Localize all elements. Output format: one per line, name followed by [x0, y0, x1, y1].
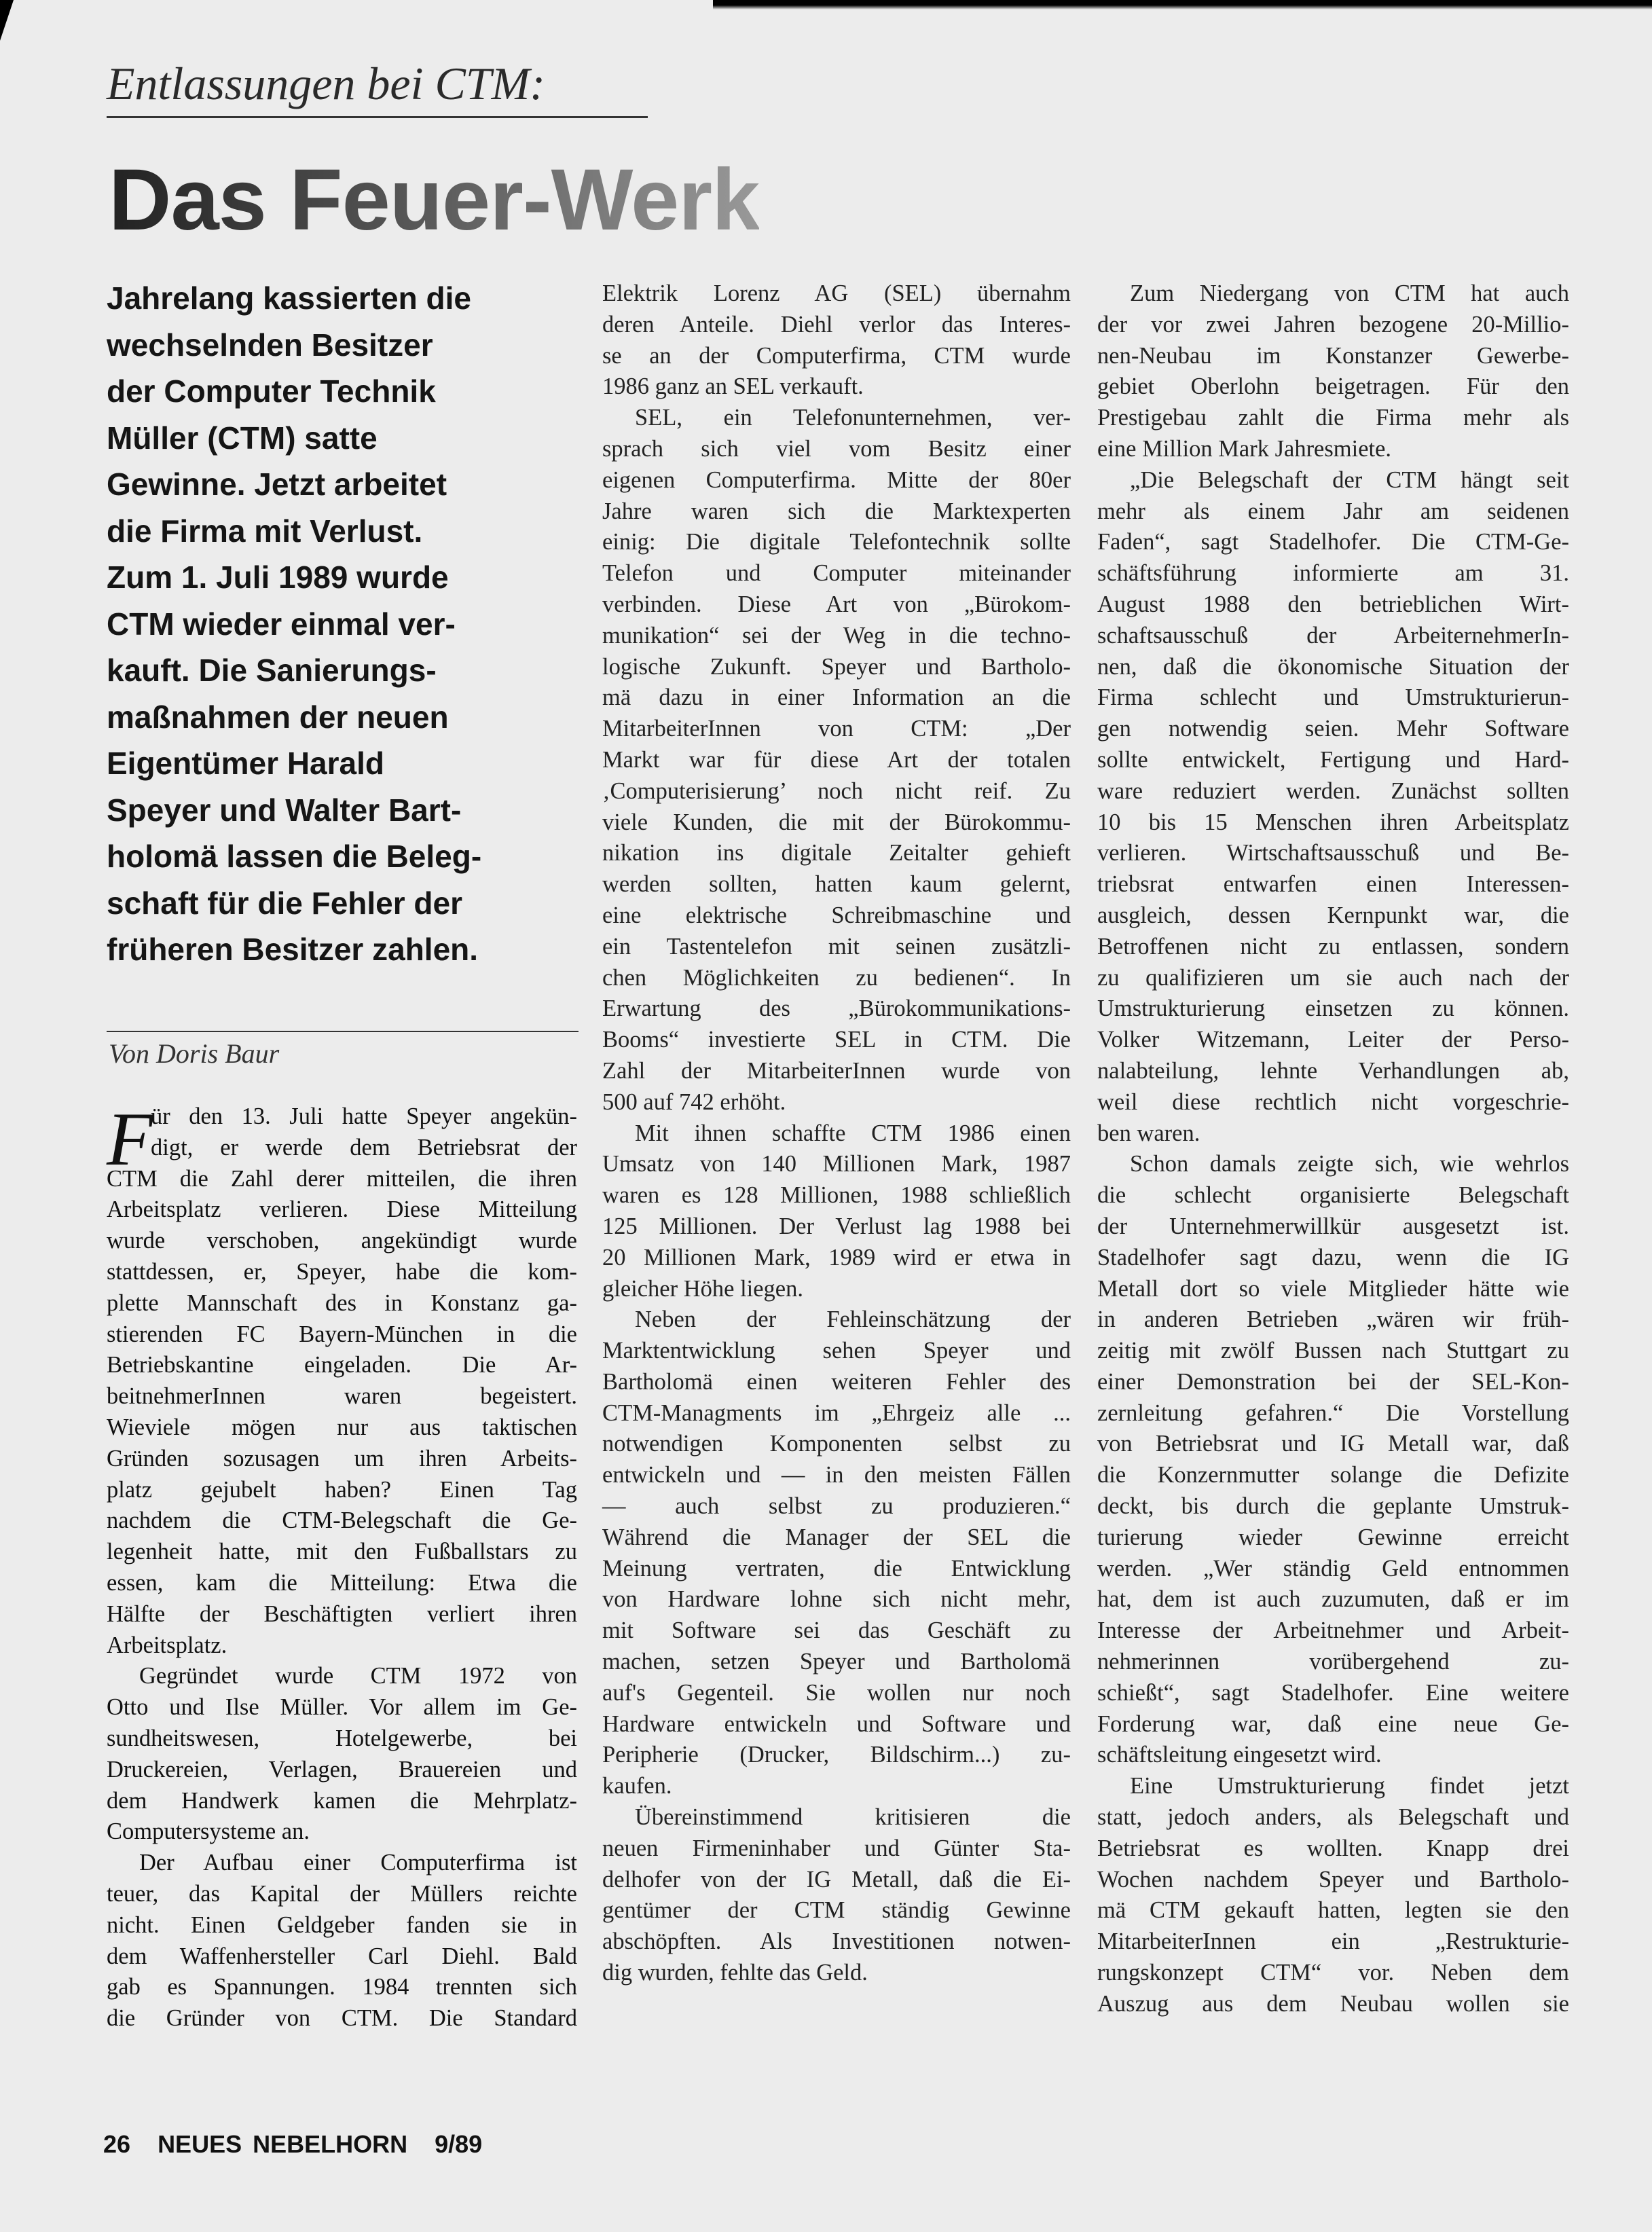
text-line: 10 bis 15 Menschen ihren Arbeitsplatz: [1097, 807, 1569, 839]
article-lede: Jahrelang kassierten die wechselnden Bes…: [107, 275, 582, 973]
text-line: ein Tastentelefon mit seinen zusätzli-: [602, 932, 1071, 963]
text-line: deren Anteile. Diehl verlor das Interes-: [602, 310, 1071, 341]
text-line: Wochen nachdem Speyer und Bartholo-: [1097, 1865, 1569, 1896]
text-line: gentümer der CTM ständig Gewinne: [602, 1895, 1071, 1926]
text-line: Forderung war, daß eine neue Ge-: [1097, 1709, 1569, 1740]
text-line: werden sollten, hatten kaum gelernt,: [602, 869, 1071, 900]
text-line: Übereinstimmend kritisieren die: [602, 1802, 1071, 1833]
text-line: dem Waffenhersteller Carl Diehl. Bald: [107, 1941, 577, 1973]
lede-line: Speyer und Walter Bart-: [107, 787, 582, 834]
text-line: teuer, das Kapital der Müllers reichte: [107, 1879, 577, 1910]
text-line: viele Kunden, die mit der Bürokommu-: [602, 807, 1071, 839]
article-column-3: Zum Niedergang von CTM hat auch der vor …: [1097, 278, 1569, 2020]
text-line: zernleitung gefahren.“ Die Vorstellung: [1097, 1398, 1569, 1429]
text-line: triebsrat entwarfen einen Interessen-: [1097, 869, 1569, 900]
text-line: in anderen Betrieben „wären wir früh-: [1097, 1304, 1569, 1336]
text-line: digt, er werde dem Betriebsrat der: [107, 1133, 577, 1164]
text-line: Umstrukturierung einsetzen zu können.: [1097, 993, 1569, 1025]
text-line: waren es 128 Millionen, 1988 schließlich: [602, 1180, 1071, 1211]
lede-line: der Computer Technik: [107, 368, 582, 415]
text-line: eine Million Mark Jahresmiete.: [1097, 434, 1569, 465]
text-line: Zum Niedergang von CTM hat auch: [1097, 278, 1569, 310]
text-line: Arbeitsplatz verlieren. Diese Mitteilung: [107, 1194, 577, 1226]
text-line: mehr als einem Jahr am seidenen: [1097, 496, 1569, 528]
text-line: gen notwendig seien. Mehr Software: [1097, 714, 1569, 745]
text-line: werden. „Wer ständig Geld entnommen: [1097, 1554, 1569, 1585]
text-line: Jahre waren sich die Marktexperten: [602, 496, 1071, 528]
text-line: die Gründer von CTM. Die Standard: [107, 2003, 577, 2034]
text-line: Wieviele mögen nur aus taktischen: [107, 1412, 577, 1444]
text-line: Hälfte der Beschäftigten verliert ihren: [107, 1599, 577, 1630]
text-line: Betriebsrat es wollten. Knapp drei: [1097, 1833, 1569, 1865]
lede-line: maßnahmen der neuen: [107, 694, 582, 741]
text-line: der Unternehmerwillkür ausgesetzt ist.: [1097, 1211, 1569, 1243]
lede-line: Gewinne. Jetzt arbeitet: [107, 461, 582, 508]
text-line: Hardware entwickeln und Software und: [602, 1709, 1071, 1740]
text-line: chen Möglichkeiten zu bedienen“. In: [602, 963, 1071, 994]
text-line: Erwartung des „Bürokommunikations-: [602, 993, 1071, 1025]
text-line: Otto und Ilse Müller. Vor allem im Ge-: [107, 1692, 577, 1723]
lede-line: Müller (CTM) satte: [107, 415, 582, 462]
text-line: Booms“ investierte SEL in CTM. Die: [602, 1025, 1071, 1056]
text-line: Meinung vertraten, die Entwicklung: [602, 1554, 1071, 1585]
text-line: SEL, ein Telefonunternehmen, ver-: [602, 403, 1071, 434]
text-line: CTM-Managments im „Ehrgeiz alle ...: [602, 1398, 1071, 1429]
text-line: dig wurden, fehlte das Geld.: [602, 1958, 1071, 1989]
text-line: Umsatz von 140 Millionen Mark, 1987: [602, 1149, 1071, 1180]
article-kicker: Entlassungen bei CTM:: [107, 56, 648, 111]
text-line: 1986 ganz an SEL verkauft.: [602, 371, 1071, 403]
text-line: die Konzernmutter solange die Defizite: [1097, 1460, 1569, 1491]
text-line: Betroffenen nicht zu entlassen, sondern: [1097, 932, 1569, 963]
text-line: gab es Spannungen. 1984 trennten sich: [107, 1972, 577, 2003]
text-line: MitarbeiterInnen ein „Restrukturie-: [1097, 1926, 1569, 1958]
lede-line: holomä lassen die Beleg-: [107, 833, 582, 880]
text-line: zeitig mit zwölf Bussen nach Stuttgart z…: [1097, 1336, 1569, 1367]
text-line: gleicher Höhe liegen.: [602, 1274, 1071, 1305]
text-line: weil diese rechtlich nicht vorgeschrie-: [1097, 1087, 1569, 1118]
lede-line: Jahrelang kassierten die: [107, 275, 582, 322]
text-line: Mit ihnen schaffte CTM 1986 einen: [602, 1118, 1071, 1150]
text-line: deckt, bis durch die geplante Umstruk-: [1097, 1491, 1569, 1522]
text-line: Faden“, sagt Stadelhofer. Die CTM-Ge-: [1097, 527, 1569, 558]
text-line: ‚Computerisierung’ noch nicht reif. Zu: [602, 776, 1071, 807]
text-line: mä CTM gekauft hatten, legten sie den: [1097, 1895, 1569, 1926]
text-line: ware reduziert werden. Zunächst sollten: [1097, 776, 1569, 807]
text-line: schäftsführung informierte am 31.: [1097, 558, 1569, 589]
text-line: abschöpften. Als Investitionen notwen-: [602, 1926, 1071, 1958]
text-line: Auszug aus dem Neubau wollen sie: [1097, 1989, 1569, 2020]
text-line: nen, daß die ökonomische Situation der: [1097, 652, 1569, 683]
text-line: Gründen sozusagen um ihren Arbeits-: [107, 1444, 577, 1475]
text-line: nehmerinnen vorübergehend zu-: [1097, 1647, 1569, 1678]
text-line: eine elektrische Schreibmaschine und: [602, 900, 1071, 932]
text-line: 125 Millionen. Der Verlust lag 1988 bei: [602, 1211, 1071, 1243]
lede-line: früheren Besitzer zahlen.: [107, 926, 582, 973]
text-line: 500 auf 742 erhöht.: [602, 1087, 1071, 1118]
text-line: rungskonzept CTM“ vor. Neben dem: [1097, 1958, 1569, 1989]
text-line: Metall dort so viele Mitglieder hätte wi…: [1097, 1274, 1569, 1305]
text-line: plette Mannschaft des in Konstanz ga-: [107, 1288, 577, 1319]
text-line: Stadelhofer sagt dazu, wenn die IG: [1097, 1243, 1569, 1274]
text-line: Der Aufbau einer Computerfirma ist: [107, 1848, 577, 1879]
text-line: Zahl der MitarbeiterInnen wurde von: [602, 1056, 1071, 1087]
text-line: ben waren.: [1097, 1118, 1569, 1150]
text-line: neuen Firmeninhaber und Günter Sta-: [602, 1833, 1071, 1865]
scan-shadow-top: [713, 0, 1652, 10]
text-line: Firma schlecht und Umstrukturierun-: [1097, 682, 1569, 714]
text-line: turierung wieder Gewinne erreicht: [1097, 1522, 1569, 1554]
text-line: Eine Umstrukturierung findet jetzt: [1097, 1771, 1569, 1802]
text-line: von Betriebsrat und IG Metall war, daß: [1097, 1429, 1569, 1460]
text-line: Betriebskantine eingeladen. Die Ar-: [107, 1350, 577, 1381]
text-line: schäftsleitung eingesetzt wird.: [1097, 1740, 1569, 1771]
text-line: hat, dem ist auch zuzumuten, daß er im: [1097, 1584, 1569, 1615]
text-line: se an der Computerfirma, CTM wurde: [602, 341, 1071, 372]
text-line: „Die Belegschaft der CTM hängt seit: [1097, 465, 1569, 496]
text-line: dem Handwerk kamen die Mehrplatz-: [107, 1786, 577, 1817]
text-line: zu qualifizieren um sie auch nach der: [1097, 963, 1569, 994]
text-line: Peripherie (Drucker, Bildschirm...) zu-: [602, 1740, 1071, 1771]
text-line: Während die Manager der SEL die: [602, 1522, 1071, 1554]
text-line: Markt war für diese Art der totalen: [602, 745, 1071, 776]
lede-line: Eigentümer Harald: [107, 740, 582, 787]
text-line: logische Zukunft. Speyer und Bartholo-: [602, 652, 1071, 683]
text-line: verbinden. Diese Art von „Bürokom-: [602, 589, 1071, 621]
text-line: schaftsausschuß der ArbeiternehmerIn-: [1097, 621, 1569, 652]
text-line: einer Demonstration bei der SEL-Kon-: [1097, 1367, 1569, 1398]
publication-name: NEUES NEBELHORN: [158, 2130, 407, 2158]
article-column-1: ür den 13. Juli hatte Speyer angekün- di…: [107, 1101, 577, 2034]
text-line: legenheit hatte, mit den Fußballstars zu: [107, 1537, 577, 1568]
text-line: ausgleich, dessen Kernpunkt war, die: [1097, 900, 1569, 932]
text-line: Druckereien, Verlagen, Brauereien und: [107, 1755, 577, 1786]
text-line: statt, jedoch anders, als Belegschaft un…: [1097, 1802, 1569, 1833]
text-line: Telefon und Computer miteinander: [602, 558, 1071, 589]
lede-line: schaft für die Fehler der: [107, 880, 582, 927]
article-column-2: Elektrik Lorenz AG (SEL) übernahm deren …: [602, 278, 1071, 1989]
text-line: Neben der Fehleinschätzung der: [602, 1304, 1071, 1336]
lede-line: kauft. Die Sanierungs-: [107, 647, 582, 694]
text-line: sprach sich viel vom Besitz einer: [602, 434, 1071, 465]
text-line: nicht. Einen Geldgeber fanden sie in: [107, 1910, 577, 1941]
text-line: machen, setzen Speyer und Bartholomä: [602, 1647, 1071, 1678]
text-line: sollte entwickelt, Fertigung und Hard-: [1097, 745, 1569, 776]
text-line: delhofer von der IG Metall, daß die Ei-: [602, 1865, 1071, 1896]
text-line: Computersysteme an.: [107, 1816, 577, 1848]
article-headline: Das Feuer-Werk: [109, 153, 759, 248]
text-line: gebiet Oberlohn beigetragen. Für den: [1097, 371, 1569, 403]
text-line: stattdessen, er, Speyer, habe die kom-: [107, 1257, 577, 1288]
text-line: beitnehmerInnen waren begeistert.: [107, 1381, 577, 1412]
text-line: Elektrik Lorenz AG (SEL) übernahm: [602, 278, 1071, 310]
text-line: der vor zwei Jahren bezogene 20-Millio-: [1097, 310, 1569, 341]
text-line: nikation ins digitale Zeitalter gehieft: [602, 838, 1071, 869]
text-line: ür den 13. Juli hatte Speyer angekün-: [107, 1101, 577, 1133]
page-number: 26: [103, 2130, 130, 2158]
text-line: Volker Witzemann, Leiter der Perso-: [1097, 1025, 1569, 1056]
text-line: platz gejubelt haben? Einen Tag: [107, 1475, 577, 1506]
text-line: kaufen.: [602, 1771, 1071, 1802]
text-line: notwendigen Komponenten selbst zu: [602, 1429, 1071, 1460]
text-line: Prestigebau zahlt die Firma mehr als: [1097, 403, 1569, 434]
text-line: CTM die Zahl derer mitteilen, die ihren: [107, 1164, 577, 1195]
text-line: entwickeln und — in den meisten Fällen: [602, 1460, 1071, 1491]
kicker-underline: [107, 116, 648, 118]
text-line: nalabteilung, lehnte Verhandlungen ab,: [1097, 1056, 1569, 1087]
text-line: verlieren. Wirtschaftsausschuß und Be-: [1097, 838, 1569, 869]
text-line: stierenden FC Bayern-München in die: [107, 1319, 577, 1351]
text-line: mit Software sei das Geschäft zu: [602, 1615, 1071, 1647]
text-line: 20 Millionen Mark, 1989 wird er etwa in: [602, 1243, 1071, 1274]
text-line: Interesse der Arbeitnehmer und Arbeit-: [1097, 1615, 1569, 1647]
text-line: sundheitswesen, Hotelgewerbe, bei: [107, 1723, 577, 1755]
text-line: einig: Die digitale Telefontechnik sollt…: [602, 527, 1071, 558]
text-line: nachdem die CTM-Belegschaft die Ge-: [107, 1505, 577, 1537]
lede-line: wechselnden Besitzer: [107, 322, 582, 369]
text-line: die schlecht organisierte Belegschaft: [1097, 1180, 1569, 1211]
text-line: eigenen Computerfirma. Mitte der 80er: [602, 465, 1071, 496]
text-line: wurde verschoben, angekündigt wurde: [107, 1226, 577, 1257]
text-line: Schon damals zeigte sich, wie wehrlos: [1097, 1149, 1569, 1180]
text-line: Gegründet wurde CTM 1972 von: [107, 1661, 577, 1692]
text-line: schießt“, sagt Stadelhofer. Eine weitere: [1097, 1678, 1569, 1709]
issue-number: 9/89: [435, 2130, 482, 2158]
text-line: nen-Neubau im Konstanzer Gewerbe-: [1097, 341, 1569, 372]
text-line: von Hardware lohne sich nicht mehr,: [602, 1584, 1071, 1615]
page-footer: 26 NEUES NEBELHORN 9/89: [103, 2130, 498, 2159]
text-line: Bartholomä einen weiteren Fehler des: [602, 1367, 1071, 1398]
text-line: — auch selbst zu produzieren.“: [602, 1491, 1071, 1522]
text-line: mä dazu in einer Information an die: [602, 682, 1071, 714]
text-line: MitarbeiterInnen von CTM: „Der: [602, 714, 1071, 745]
text-line: munikation“ sei der Weg in die techno-: [602, 621, 1071, 652]
lede-line: CTM wieder einmal ver-: [107, 601, 582, 648]
text-line: Marktentwicklung sehen Speyer und: [602, 1336, 1071, 1367]
text-line: essen, kam die Mitteilung: Etwa die: [107, 1568, 577, 1599]
text-line: August 1988 den betrieblichen Wirt-: [1097, 589, 1569, 621]
lede-line: die Firma mit Verlust.: [107, 508, 582, 555]
byline-rule: [107, 1031, 579, 1032]
scan-shadow-corner: [0, 0, 14, 41]
byline: Von Doris Baur: [109, 1038, 279, 1069]
lede-line: Zum 1. Juli 1989 wurde: [107, 554, 582, 601]
text-line: auf's Gegenteil. Sie wollen nur noch: [602, 1678, 1071, 1709]
text-line: Arbeitsplatz.: [107, 1630, 577, 1662]
